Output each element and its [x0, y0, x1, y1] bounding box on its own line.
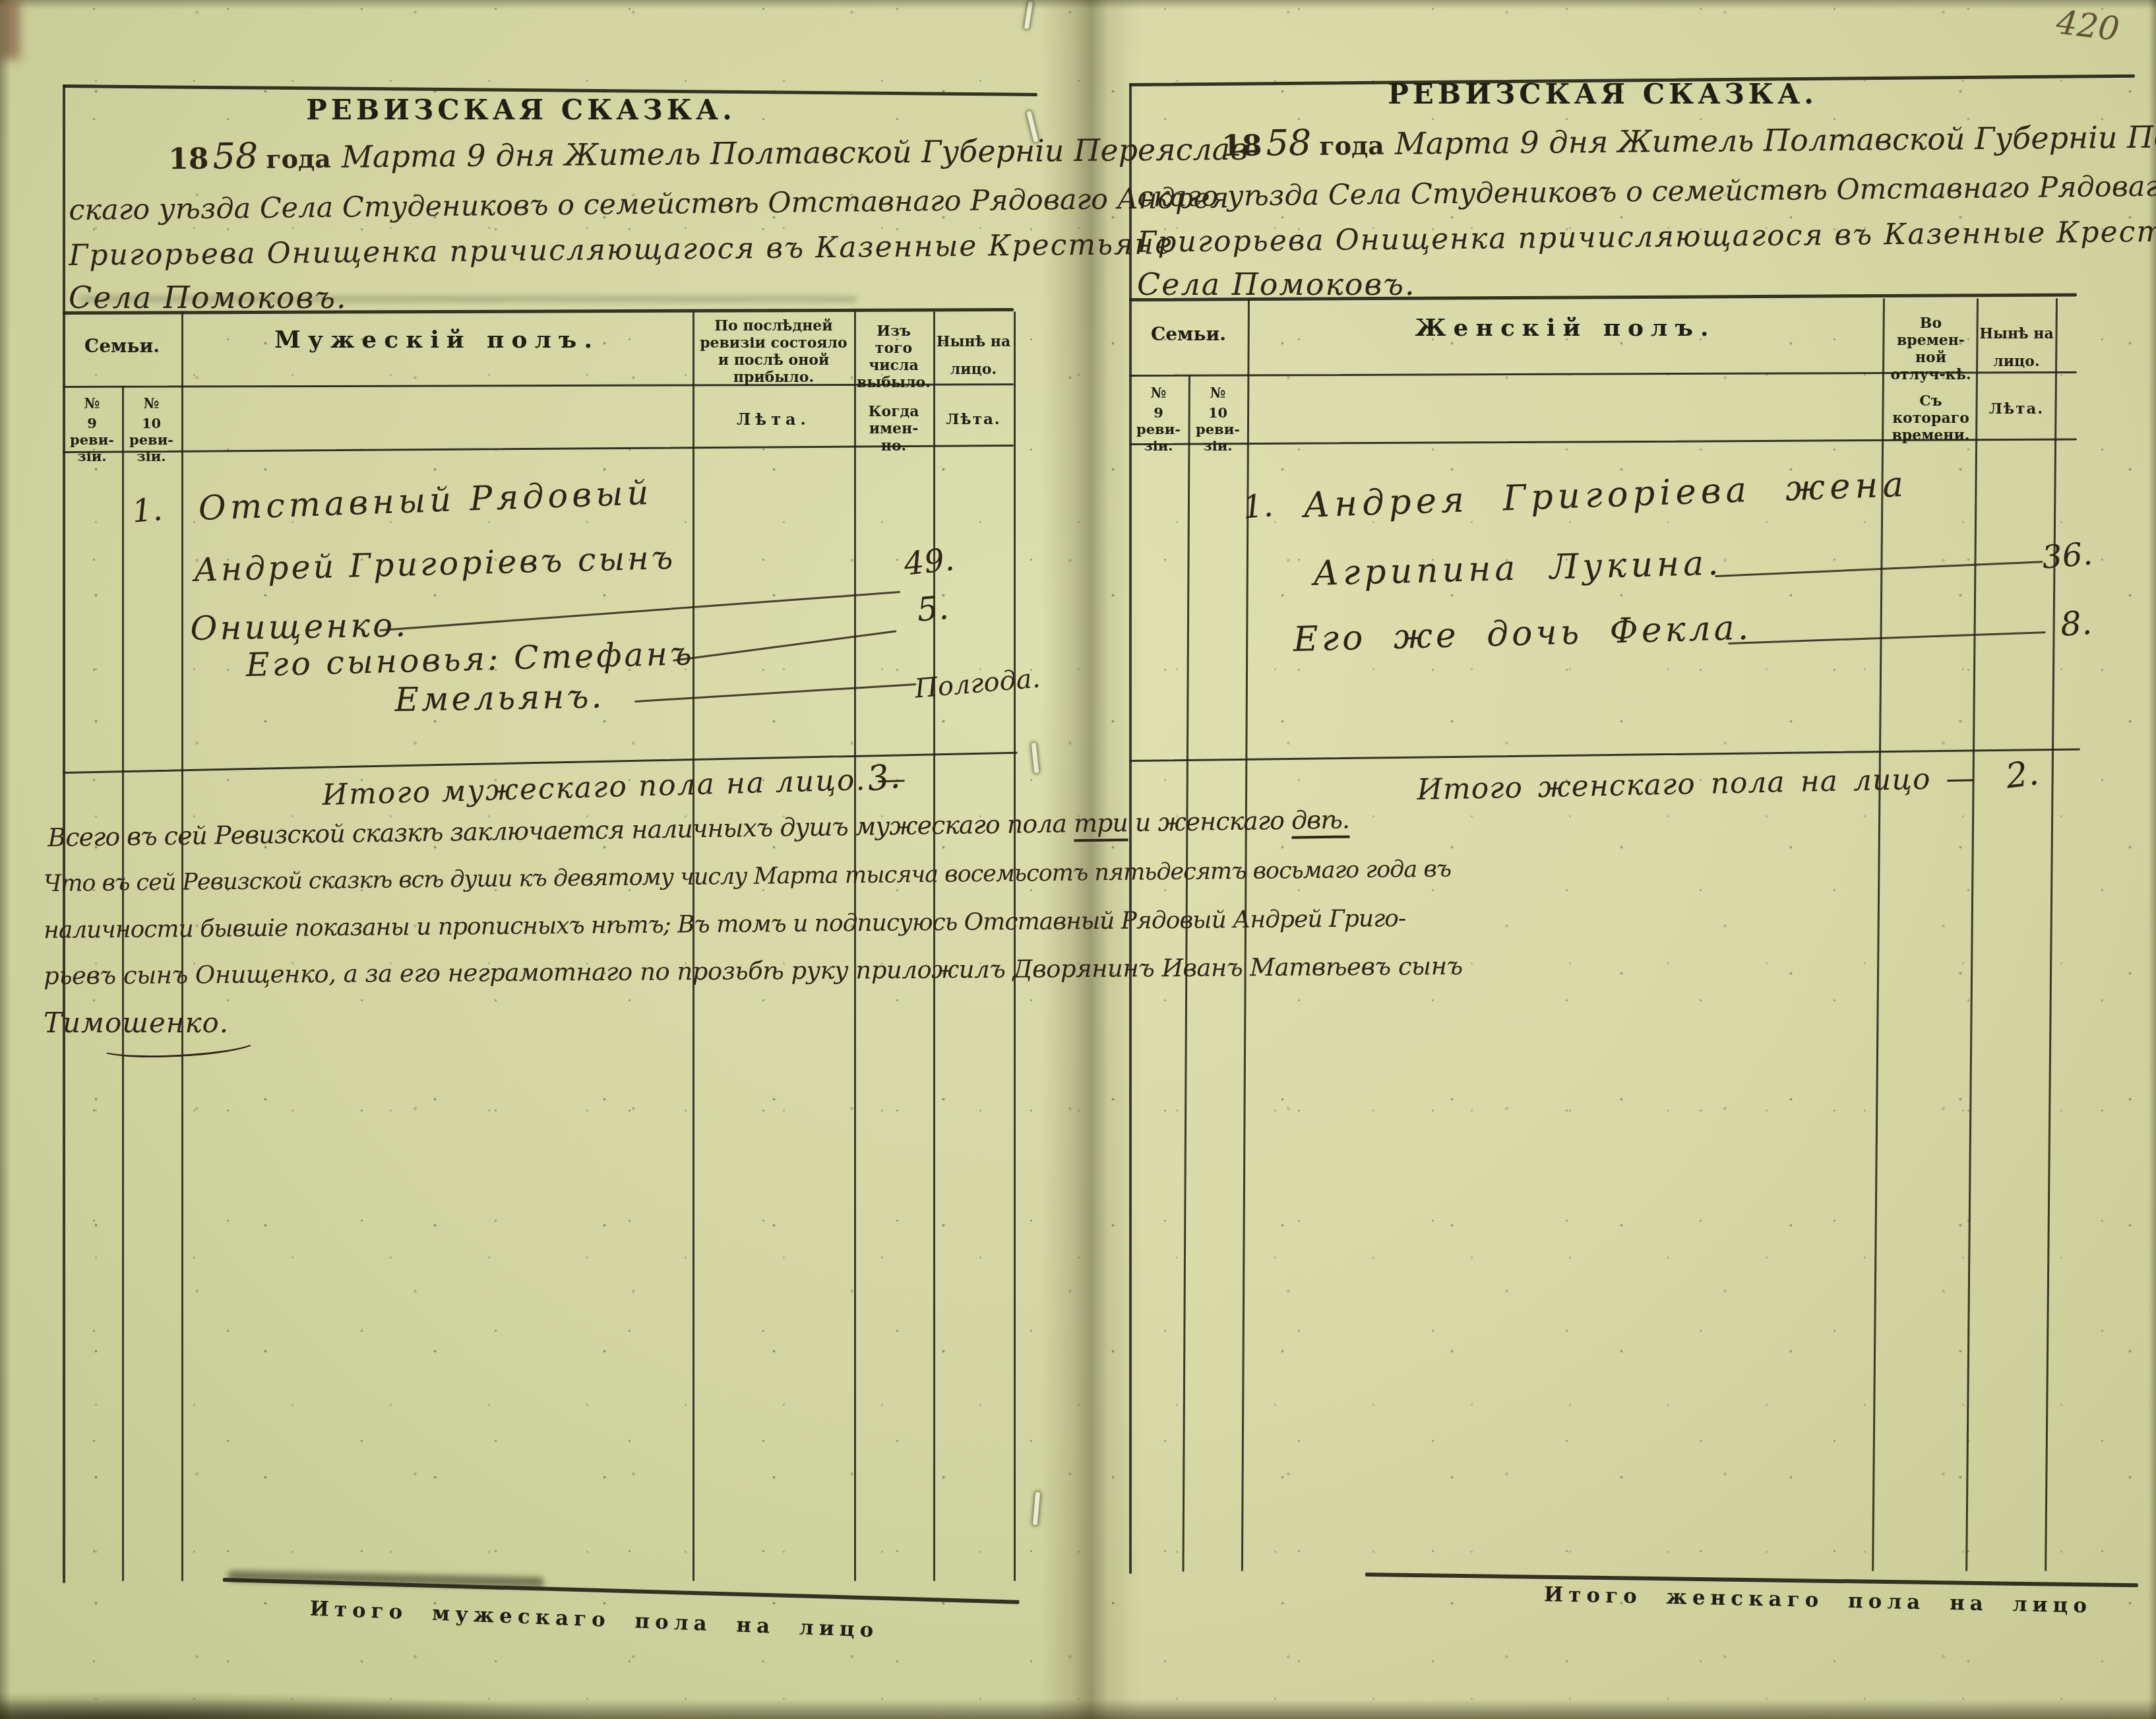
- left-footer-label: Итого мужескаго пола на лицо: [297, 1596, 892, 1643]
- binding-stitch: [1032, 743, 1039, 773]
- right-col-family: Семьи.: [1129, 323, 1248, 345]
- left-entry-row1-line3: Онищенко.: [190, 606, 409, 648]
- right-col-rev9: 9 реви-зіи.: [1130, 405, 1186, 454]
- summary-line1-mid: и женскаго: [1135, 806, 1285, 837]
- right-col-years-now: Лѣта.: [1979, 400, 2054, 418]
- left-col-when: Когда имен-но.: [857, 404, 931, 455]
- left-col-departed: Изъ того числа выбыло.: [857, 323, 931, 392]
- printed-word-year: года: [266, 144, 331, 174]
- right-col-rev9-no: №: [1130, 385, 1186, 402]
- right-family-number: 1.: [1241, 487, 1275, 526]
- left-entry-row2-age: 5.: [915, 588, 950, 629]
- document-scan: 420 РЕВИЗСКАЯ СКАЗКА. 1858годаМарта 9 дн…: [0, 0, 2156, 1719]
- scan-edge-left: [0, 0, 11, 1719]
- printed-word-year: года: [1319, 131, 1384, 161]
- written-year: 58: [1266, 122, 1311, 164]
- right-col-rev10: 10 реви-зіи.: [1190, 405, 1246, 454]
- left-heading-line3: Григорьева Онищенка причисляющагося въ К…: [69, 227, 1173, 272]
- left-col-rev9: 9 реви-зіи.: [64, 416, 120, 464]
- left-col-rev10: 10 реви-зіи.: [123, 416, 179, 464]
- page-number: 420: [2054, 3, 2122, 48]
- grid-vline: [693, 311, 694, 1581]
- handwritten-rule: [634, 683, 916, 703]
- right-page-left-border: [1129, 83, 1132, 1574]
- grid-vline: [854, 311, 856, 1581]
- left-col-family: Семьи.: [63, 335, 181, 357]
- left-col-years-last: Лѣта.: [697, 410, 850, 429]
- left-col-years-now: Лѣта.: [936, 410, 1011, 428]
- printed-year-prefix: 18: [168, 142, 209, 176]
- written-year: 58: [212, 135, 258, 177]
- grid-vline: [1014, 311, 1016, 1581]
- summary-line1-start: Всего въ сей Ревизской сказкѣ заключаетс…: [47, 809, 1066, 852]
- summary-female-count: двѣ.: [1291, 805, 1350, 838]
- right-col-rev10-no: №: [1190, 385, 1246, 402]
- right-col-present: Нынѣ на лицо.: [1979, 321, 2054, 376]
- right-col-temp-absence: Во времен-ной отлуч-кѣ.: [1886, 315, 1975, 384]
- left-col-present: Нынѣ на лицо.: [936, 328, 1011, 384]
- summary-male-count: три: [1074, 808, 1128, 842]
- left-col-rev9-no: №: [64, 396, 120, 413]
- binding-stitch: [1024, 1, 1033, 30]
- handwritten-rule: [673, 630, 896, 662]
- left-entry-row3: Емельянъ.: [394, 677, 605, 719]
- grid-vline: [933, 311, 935, 1581]
- left-total-value: 3.: [865, 757, 902, 799]
- right-entry-row1-age: 36.: [2041, 535, 2094, 576]
- binding-stitch: [1033, 1492, 1040, 1525]
- left-page-title: РЕВИЗСКАЯ СКАЗКА.: [277, 94, 765, 126]
- left-family-number: 1.: [131, 491, 164, 530]
- written-date-rest: Марта 9 дня Житель Полтавской Губерніи П…: [342, 131, 1258, 175]
- scan-corner-mark: [0, 0, 20, 59]
- right-col-sex: Женскій полъ.: [1248, 314, 1883, 342]
- right-entry-row2-age: 8.: [2059, 604, 2093, 644]
- grid-vline: [181, 311, 183, 1581]
- right-total-value: 2.: [2004, 753, 2041, 797]
- left-entry-row1-line1: Отставный Рядовый: [198, 474, 653, 528]
- print-smudge: [79, 296, 857, 302]
- right-date-line: 1858годаМарта 9 дня Житель Полтавской Гу…: [1221, 113, 2156, 164]
- left-entry-row1-line2: Андрей Григоріевъ сынъ: [193, 539, 676, 589]
- written-date-rest: Марта 9 дня Житель Полтавской Губерніи П…: [1395, 118, 2156, 162]
- left-entry-row1-age: 49.: [902, 541, 956, 583]
- left-col-sex: Мужескій полъ.: [181, 326, 693, 354]
- printed-year-prefix: 18: [1221, 129, 1262, 163]
- left-col-last-revision: По послѣдней ревизіи состояло и послѣ он…: [697, 318, 850, 387]
- right-col-since-when: Съ котораго времени.: [1886, 393, 1975, 445]
- handwritten-rule: [379, 591, 900, 631]
- right-page-title: РЕВИЗСКАЯ СКАЗКА.: [1352, 78, 1853, 110]
- left-total-label: Итого мужескаго пола на лицо. —: [322, 762, 908, 812]
- scan-corner-shadow: [0, 1691, 594, 1719]
- left-col-rev10-no: №: [123, 396, 179, 413]
